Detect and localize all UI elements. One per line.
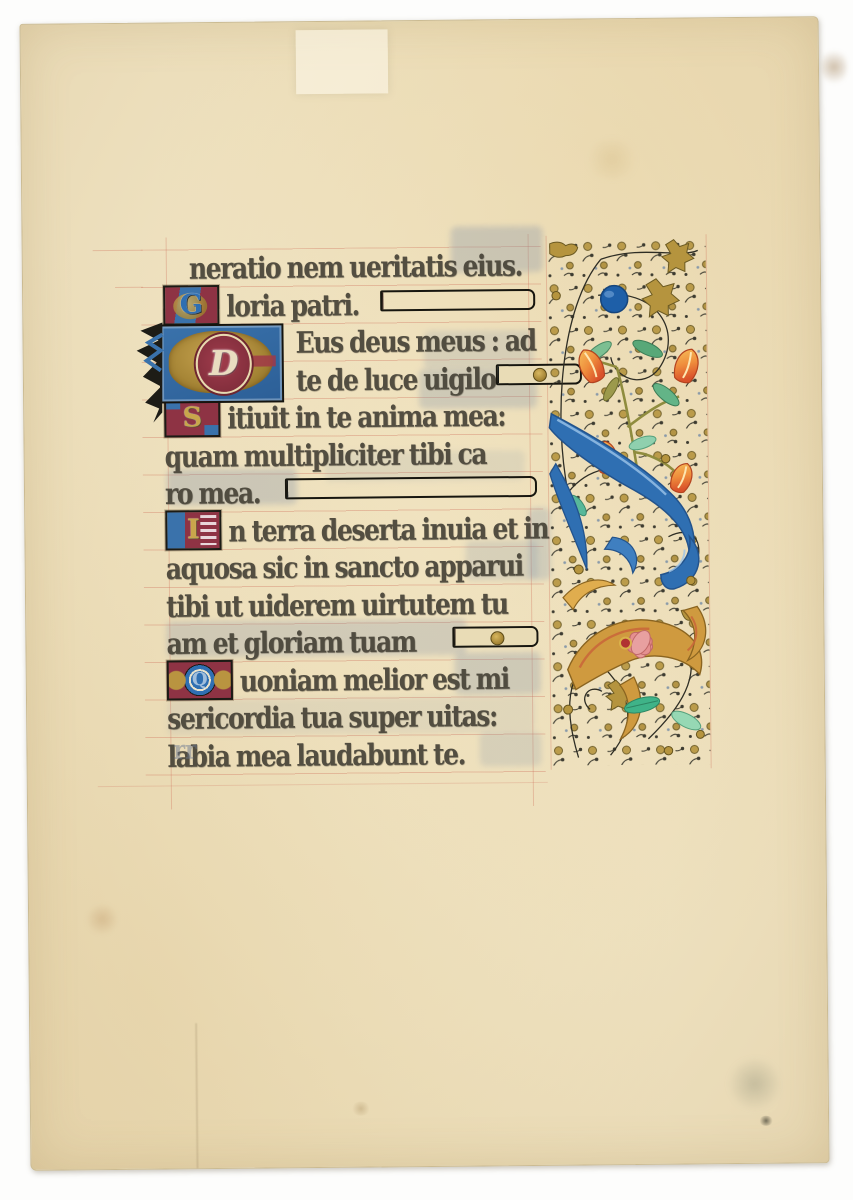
line-text: am et gloriam tuam (166, 622, 416, 665)
line-text: labia mea laudabunt te. (167, 734, 465, 777)
line-filler-icon (452, 626, 538, 648)
text-line: am et gloriam tuam (166, 621, 538, 662)
manuscript-leaf: D neratio nem ueritatis eius. G loria pa… (20, 16, 830, 1171)
line-filler-icon (285, 476, 537, 499)
stain (582, 139, 642, 180)
text-line: neratio nem ueritatis eius. (163, 246, 535, 287)
ruling-line (98, 782, 548, 787)
text-line: labia mea laudabunt te. rr (167, 733, 539, 774)
text-line: ro mea. (165, 471, 537, 512)
illuminated-initial-d: D (159, 323, 284, 403)
ruling-line (93, 250, 143, 251)
line-text: ro mea. (165, 474, 260, 515)
text-line: tibi ut uiderem uirtutem tu (166, 583, 538, 624)
stain (821, 47, 847, 87)
illuminated-initial-q: Q (167, 659, 233, 700)
border-panel (546, 236, 711, 766)
illuminated-initial-i: I (165, 509, 221, 550)
illuminated-initial-g: G (163, 284, 219, 325)
ghost-end-mark: rr (173, 734, 196, 765)
initial-letter: I (167, 511, 219, 547)
line-text: te de luce uigilo (296, 359, 496, 401)
initial-letter: G (165, 286, 217, 322)
scanned-manuscript-page: { "document": { "kind": "Book of Hours l… (0, 0, 853, 1200)
stain (84, 904, 120, 934)
filler-gold-dot-segment (454, 628, 536, 646)
stain (351, 1102, 371, 1116)
filler-red-segment (382, 292, 383, 309)
initial-letter: Q (169, 661, 231, 698)
border-illumination (546, 236, 711, 766)
line-text: Eus deus meus : ad (295, 321, 535, 363)
initial-bowl: D (196, 334, 253, 395)
initial-letter: S (166, 399, 218, 435)
tape-residue-mark (296, 29, 389, 94)
line-text: loria patri. (226, 285, 359, 326)
filler-blue-segment (498, 366, 499, 383)
initial-letter: D (209, 344, 239, 384)
crease (195, 1023, 198, 1168)
text-line: sericordia tua super uitas: (167, 696, 539, 737)
filler-blue-segment (287, 480, 288, 497)
line-text: sericordia tua super uitas: (167, 696, 497, 739)
filler-red-segment (454, 629, 455, 646)
text-block: D neratio nem ueritatis eius. G loria pa… (163, 246, 540, 780)
text-line: I n terra deserta inuia et in (165, 508, 537, 549)
stain (725, 1058, 783, 1111)
ruling-line (115, 287, 143, 288)
line-text: quam multipliciter tibi ca (164, 434, 486, 477)
line-filler-icon (380, 288, 535, 310)
line-text: neratio nem ueritatis eius. (189, 246, 522, 289)
line-text: tibi ut uiderem uirtutem tu (166, 584, 508, 627)
cadel-spikes-icon (134, 316, 165, 424)
line-text: uoniam melior est mi (240, 659, 509, 702)
text-line: Q uoniam melior est mi (167, 658, 539, 699)
ink-speck (759, 1116, 773, 1126)
text-line: aquosa sic in sancto apparui (166, 546, 538, 587)
text-line: quam multipliciter tibi ca (164, 433, 536, 474)
line-text: n terra deserta inuia et in (228, 508, 548, 551)
text-line: G loria patri. (163, 283, 535, 324)
blue-berry (601, 286, 628, 313)
line-text: itiuit in te anima mea: (227, 396, 505, 439)
